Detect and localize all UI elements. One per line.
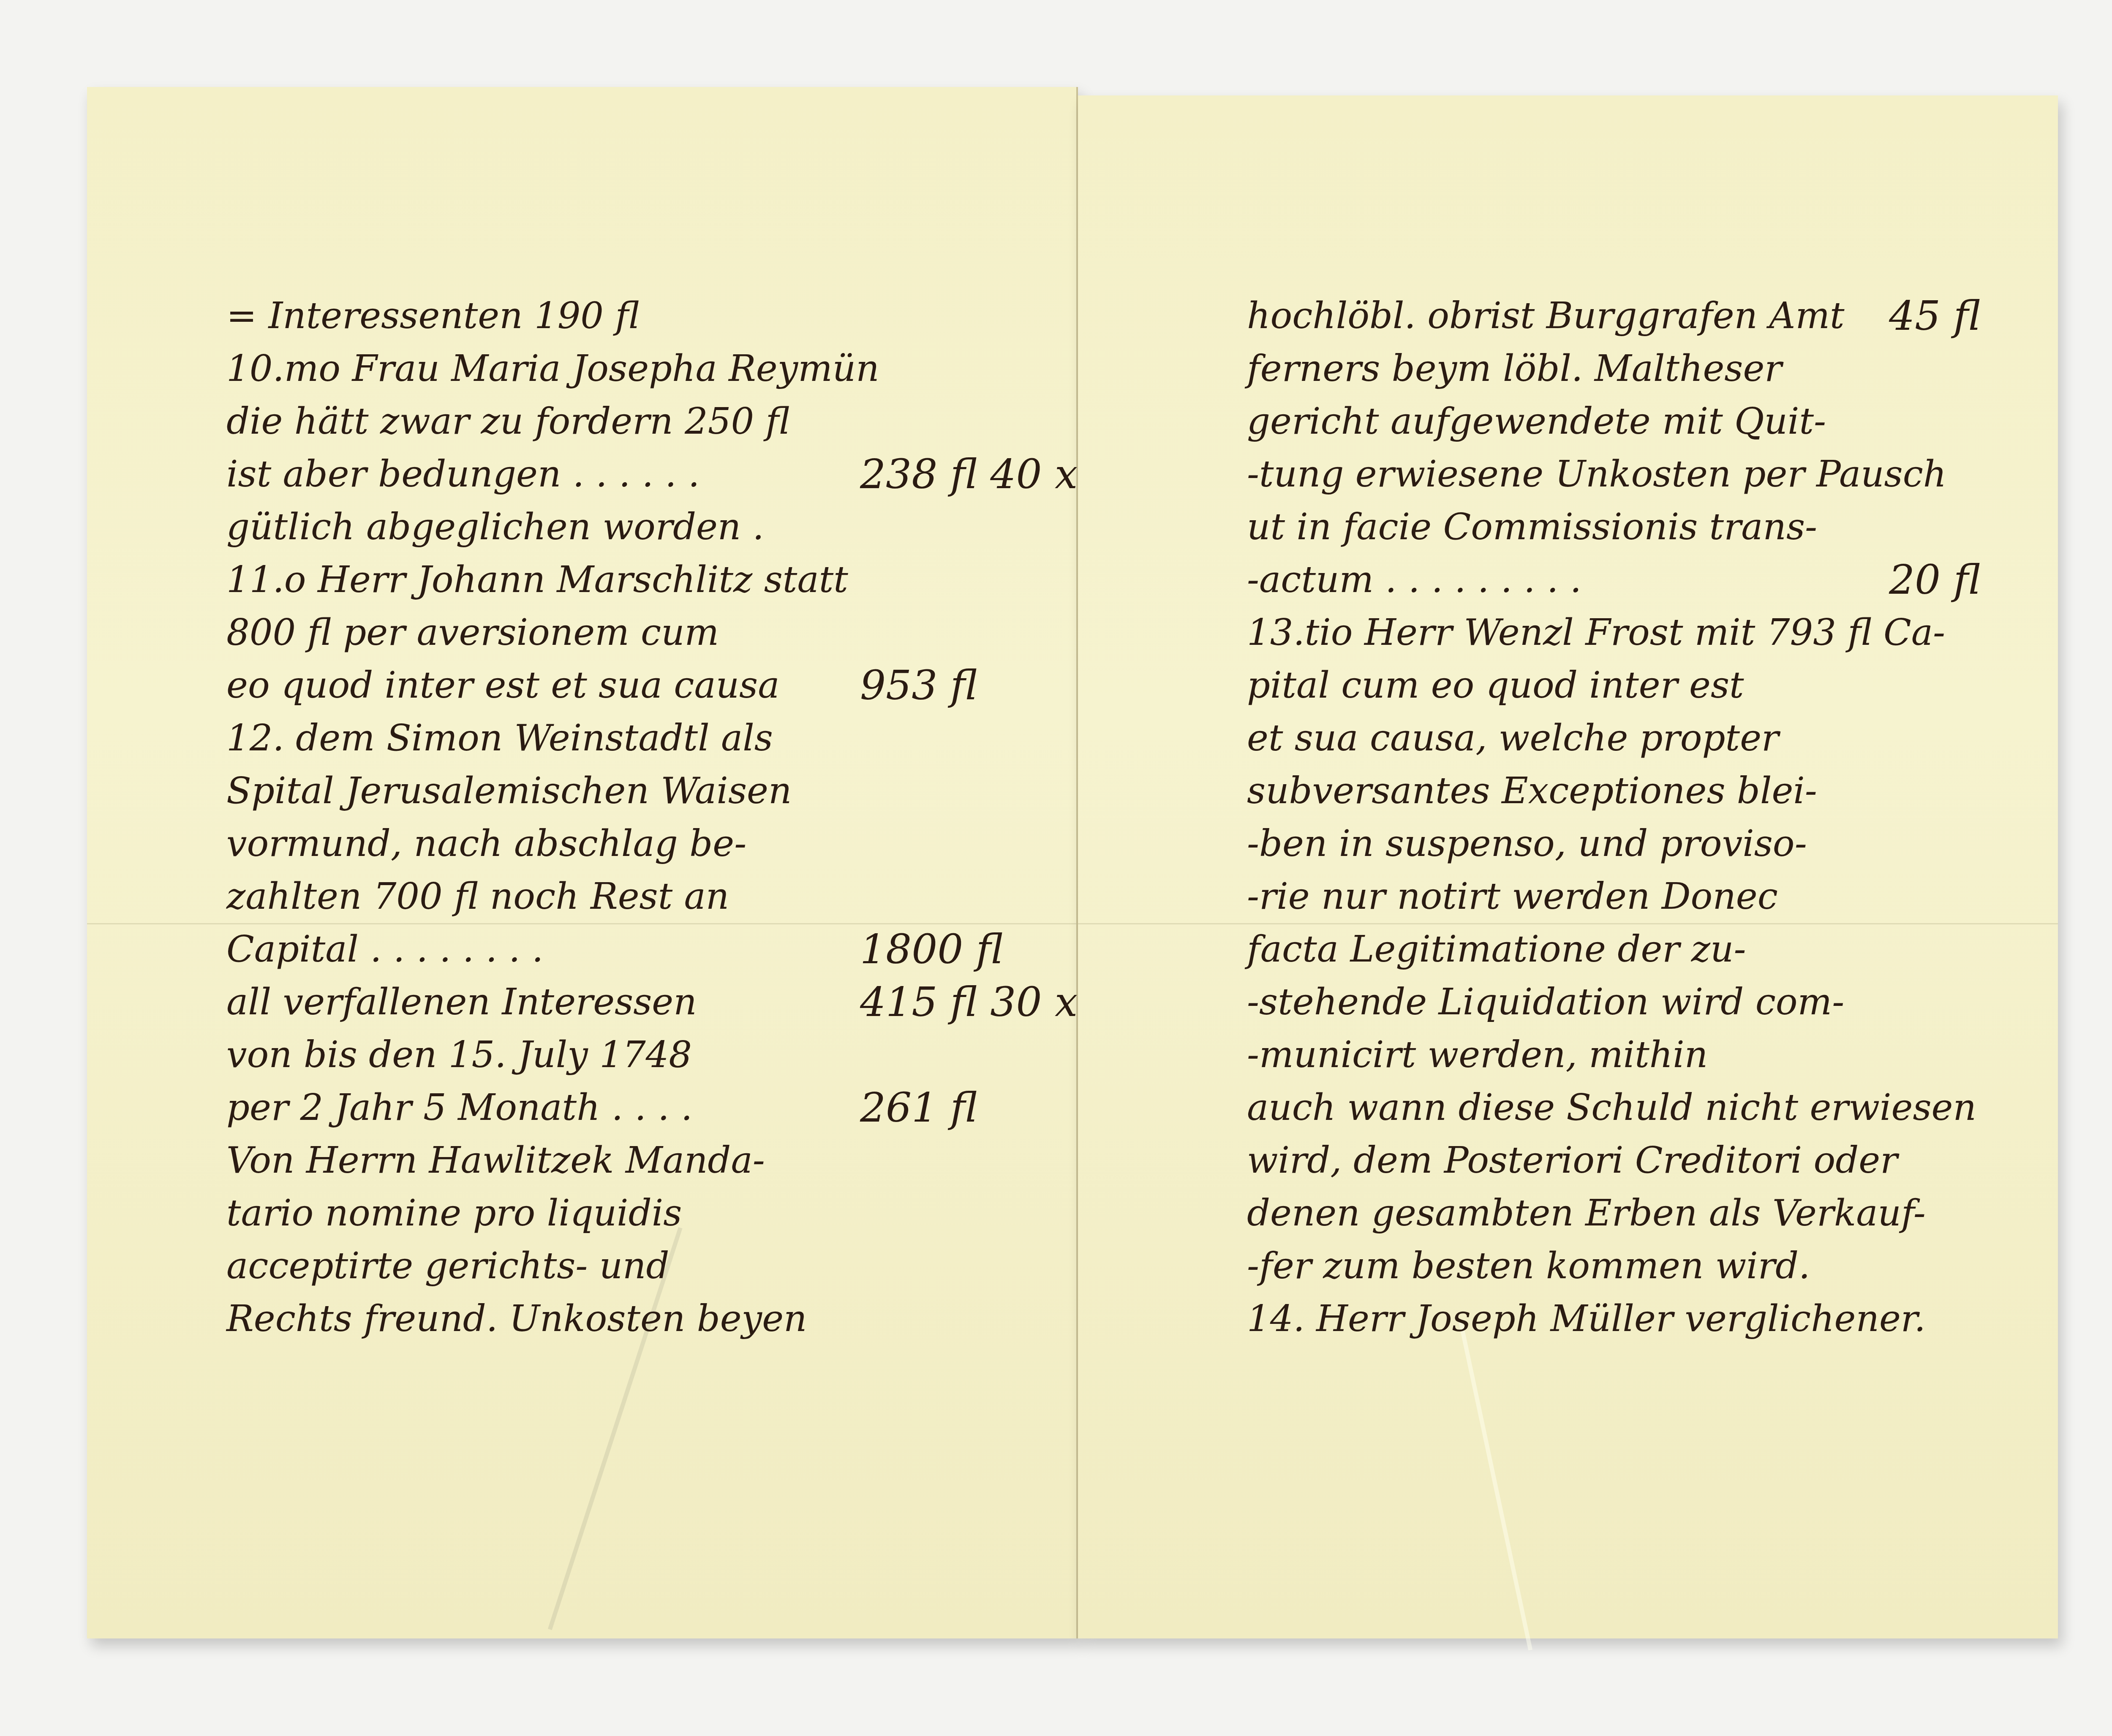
- line-amount: 20 fl: [1889, 554, 1981, 606]
- manuscript-line: ist aber bedungen . . . . . .238 fl 40 x: [226, 448, 879, 501]
- manuscript-line: 11.o Herr Johann Marschlitz statt: [226, 554, 879, 606]
- line-amount: 45 fl: [1889, 290, 1981, 342]
- manuscript-line: -ben in suspenso, und proviso-: [1247, 818, 1976, 870]
- manuscript-line: -tung erwiesene Unkosten per Pausch: [1247, 448, 1976, 501]
- manuscript-line: gütlich abgeglichen worden .: [226, 501, 879, 554]
- manuscript-line: 13.tio Herr Wenzl Frost mit 793 fl Ca-: [1247, 606, 1976, 659]
- manuscript-line: = Interessenten 190 fl: [226, 290, 879, 342]
- manuscript-line: et sua causa, welche propter: [1247, 712, 1976, 765]
- line-text: per 2 Jahr 5 Monath . . . .: [226, 1087, 692, 1129]
- line-text: die hätt zwar zu fordern 250 fl: [226, 400, 790, 443]
- line-text: gütlich abgeglichen worden .: [226, 506, 764, 548]
- paper-crease: [1458, 1319, 1532, 1651]
- line-amount: 261 fl: [860, 1081, 977, 1134]
- line-text: ist aber bedungen . . . . . .: [226, 453, 699, 495]
- manuscript-line: hochlöbl. obrist Burggrafen Amt45 fl: [1247, 290, 1976, 342]
- line-text: -ben in suspenso, und proviso-: [1247, 823, 1807, 865]
- manuscript-line: 12. dem Simon Weinstadtl als: [226, 712, 879, 765]
- manuscript-line: facta Legitimatione der zu-: [1247, 923, 1976, 976]
- manuscript-line: -stehende Liquidation wird com-: [1247, 976, 1976, 1029]
- left-page-text: = Interessenten 190 fl10.mo Frau Maria J…: [226, 290, 879, 1345]
- manuscript-line: -actum . . . . . . . . .20 fl: [1247, 554, 1976, 606]
- line-text: tario nomine pro liquidis: [226, 1192, 682, 1234]
- line-text: -stehende Liquidation wird com-: [1247, 981, 1844, 1023]
- line-text: -tung erwiesene Unkosten per Pausch: [1247, 453, 1946, 495]
- line-text: zahlten 700 fl noch Rest an: [226, 875, 729, 918]
- line-amount: 238 fl 40 x: [860, 448, 1078, 501]
- line-text: eo quod inter est et sua causa: [226, 664, 779, 706]
- manuscript-line: -rie nur notirt werden Donec: [1247, 870, 1976, 923]
- line-amount: 953 fl: [860, 659, 977, 712]
- line-text: 10.mo Frau Maria Josepha Reymün: [226, 348, 879, 390]
- manuscript-line: tario nomine pro liquidis: [226, 1187, 879, 1240]
- manuscript-line: per 2 Jahr 5 Monath . . . .261 fl: [226, 1081, 879, 1134]
- line-text: -fer zum besten kommen wird.: [1247, 1245, 1810, 1287]
- manuscript-line: vormund, nach abschlag be-: [226, 818, 879, 870]
- line-text: 800 fl per aversionem cum: [226, 611, 719, 654]
- manuscript-line: subversantes Exceptiones blei-: [1247, 765, 1976, 818]
- manuscript-line: 10.mo Frau Maria Josepha Reymün: [226, 342, 879, 395]
- line-text: auch wann diese Schuld nicht erwiesen: [1247, 1087, 1976, 1129]
- manuscript-line: ut in facie Commissionis trans-: [1247, 501, 1976, 554]
- manuscript-line: ferners beym löbl. Maltheser: [1247, 342, 1976, 395]
- line-text: all verfallenen Interessen: [226, 981, 697, 1023]
- manuscript-line: Von Herrn Hawlitzek Manda-: [226, 1134, 879, 1187]
- manuscript-line: wird, dem Posteriori Creditori oder: [1247, 1134, 1976, 1187]
- line-text: ut in facie Commissionis trans-: [1247, 506, 1817, 548]
- line-text: 12. dem Simon Weinstadtl als: [226, 717, 773, 759]
- manuscript-line: Capital . . . . . . . .1800 fl: [226, 923, 879, 976]
- manuscript-line: Spital Jerusalemischen Waisen: [226, 765, 879, 818]
- line-text: wird, dem Posteriori Creditori oder: [1247, 1139, 1897, 1182]
- manuscript-line: pital cum eo quod inter est: [1247, 659, 1976, 712]
- line-text: -actum . . . . . . . . .: [1247, 559, 1581, 601]
- line-text: gericht aufgewendete mit Quit-: [1247, 400, 1826, 443]
- line-text: = Interessenten 190 fl: [226, 295, 640, 337]
- manuscript-line: von bis den 15. July 1748: [226, 1029, 879, 1081]
- manuscript-line: zahlten 700 fl noch Rest an: [226, 870, 879, 923]
- line-text: pital cum eo quod inter est: [1247, 664, 1744, 706]
- manuscript-line: 800 fl per aversionem cum: [226, 606, 879, 659]
- line-text: Spital Jerusalemischen Waisen: [226, 770, 792, 812]
- manuscript-line: acceptirte gerichts- und: [226, 1240, 879, 1293]
- line-text: -rie nur notirt werden Donec: [1247, 875, 1778, 918]
- manuscript-line: Rechts freund. Unkosten beyen: [226, 1293, 879, 1345]
- line-amount: 415 fl 30 x: [860, 976, 1078, 1029]
- manuscript-line: -fer zum besten kommen wird.: [1247, 1240, 1976, 1293]
- line-text: acceptirte gerichts- und: [226, 1245, 670, 1287]
- manuscript-line: all verfallenen Interessen415 fl 30 x: [226, 976, 879, 1029]
- line-text: vormund, nach abschlag be-: [226, 823, 746, 865]
- manuscript-line: gericht aufgewendete mit Quit-: [1247, 395, 1976, 448]
- manuscript-line: die hätt zwar zu fordern 250 fl: [226, 395, 879, 448]
- line-amount: 1800 fl: [860, 923, 1003, 976]
- line-text: Von Herrn Hawlitzek Manda-: [226, 1139, 765, 1182]
- line-text: 13.tio Herr Wenzl Frost mit 793 fl Ca-: [1247, 611, 1945, 654]
- line-text: hochlöbl. obrist Burggrafen Amt: [1247, 295, 1845, 337]
- manuscript-line: eo quod inter est et sua causa953 fl: [226, 659, 879, 712]
- line-text: -municirt werden, mithin: [1247, 1034, 1708, 1076]
- manuscript-line: -municirt werden, mithin: [1247, 1029, 1976, 1081]
- line-text: Capital . . . . . . . .: [226, 928, 543, 970]
- line-text: facta Legitimatione der zu-: [1247, 928, 1746, 970]
- line-text: 11.o Herr Johann Marschlitz statt: [226, 559, 848, 601]
- left-manuscript-page: = Interessenten 190 fl10.mo Frau Maria J…: [87, 87, 1078, 1638]
- line-text: denen gesambten Erben als Verkauf-: [1247, 1192, 1926, 1234]
- line-text: von bis den 15. July 1748: [226, 1034, 692, 1076]
- line-text: ferners beym löbl. Maltheser: [1247, 348, 1782, 390]
- right-page-text: hochlöbl. obrist Burggrafen Amt45 flfern…: [1247, 290, 1976, 1345]
- right-manuscript-page: hochlöbl. obrist Burggrafen Amt45 flfern…: [1078, 95, 2058, 1638]
- line-text: subversantes Exceptiones blei-: [1247, 770, 1817, 812]
- line-text: et sua causa, welche propter: [1247, 717, 1779, 759]
- line-text: Rechts freund. Unkosten beyen: [226, 1298, 807, 1340]
- manuscript-line: 14. Herr Joseph Müller verglichener.: [1247, 1293, 1976, 1345]
- manuscript-line: denen gesambten Erben als Verkauf-: [1247, 1187, 1976, 1240]
- line-text: 14. Herr Joseph Müller verglichener.: [1247, 1298, 1926, 1340]
- manuscript-line: auch wann diese Schuld nicht erwiesen: [1247, 1081, 1976, 1134]
